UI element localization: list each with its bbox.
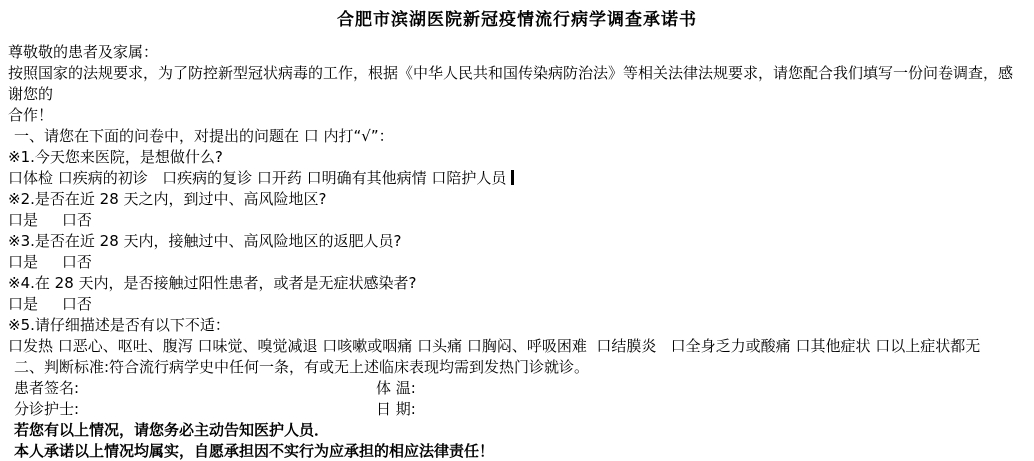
notice-inform-staff: 若您有以上情况，请您务必主动告知医护人员． bbox=[8, 420, 1026, 441]
salutation: 尊敬敬的患者及家属： bbox=[8, 42, 1026, 63]
date-label: 日 期: bbox=[376, 400, 416, 418]
question-1-label: ※1.今天您来医院，是想做什么? bbox=[8, 147, 1026, 168]
question-4-label: ※4.在 28 天内，是否接触过阳性患者，或者是无症状感染者? bbox=[8, 273, 1026, 294]
temperature-label: 体 温: bbox=[376, 379, 416, 397]
question-1-options-text: 口体检 口疾病的初诊 口疾病的复诊 口开药 口明确有其他病情 口陪护人员 bbox=[8, 169, 506, 187]
signature-row-patient[interactable]: 患者签名:体 温: bbox=[8, 378, 1026, 399]
document-page: 合肥市滨湖医院新冠疫情流行病学调查承诺书 尊敬敬的患者及家属： 按照国家的法规要… bbox=[0, 0, 1034, 461]
section1-heading: 一、请您在下面的问卷中，对提出的问题在 口 内打“√”： bbox=[8, 126, 1026, 147]
triage-nurse-label: 分诊护士: bbox=[14, 399, 376, 420]
intro-line-2: 合作！ bbox=[8, 105, 1026, 126]
question-3-label: ※3.是否在近 28 天内，接触过中、高风险地区的返肥人员? bbox=[8, 231, 1026, 252]
section2-heading: 二、判断标准:符合流行病学史中任何一条，有或无上述临床表现均需到发热门诊就诊。 bbox=[8, 357, 1026, 378]
question-5-label: ※5.请仔细描述是否有以下不适： bbox=[8, 315, 1026, 336]
document-title: 合肥市滨湖医院新冠疫情流行病学调查承诺书 bbox=[8, 9, 1026, 31]
question-4-options[interactable]: 口是 口否 bbox=[8, 294, 1026, 315]
intro-line-1: 按照国家的法规要求，为了防控新型冠状病毒的工作，根据《中华人民共和国传染病防治法… bbox=[8, 63, 1026, 105]
question-5-options[interactable]: 口发热 口恶心、呕吐、腹泻 口味觉、嗅觉减退 口咳嗽或咽痛 口头痛 口胸闷、呼吸… bbox=[8, 336, 1026, 357]
question-3-options[interactable]: 口是 口否 bbox=[8, 252, 1026, 273]
notice-legal-responsibility: 本人承诺以上情况均属实，自愿承担因不实行为应承担的相应法律责任！ bbox=[8, 441, 1026, 461]
question-2-label: ※2.是否在近 28 天之内，到过中、高风险地区? bbox=[8, 189, 1026, 210]
question-2-options[interactable]: 口是 口否 bbox=[8, 210, 1026, 231]
signature-row-nurse[interactable]: 分诊护士:日 期: bbox=[8, 399, 1026, 420]
text-cursor bbox=[511, 170, 514, 185]
patient-signature-label: 患者签名: bbox=[14, 378, 376, 399]
question-1-options[interactable]: 口体检 口疾病的初诊 口疾病的复诊 口开药 口明确有其他病情 口陪护人员 bbox=[8, 168, 1026, 189]
